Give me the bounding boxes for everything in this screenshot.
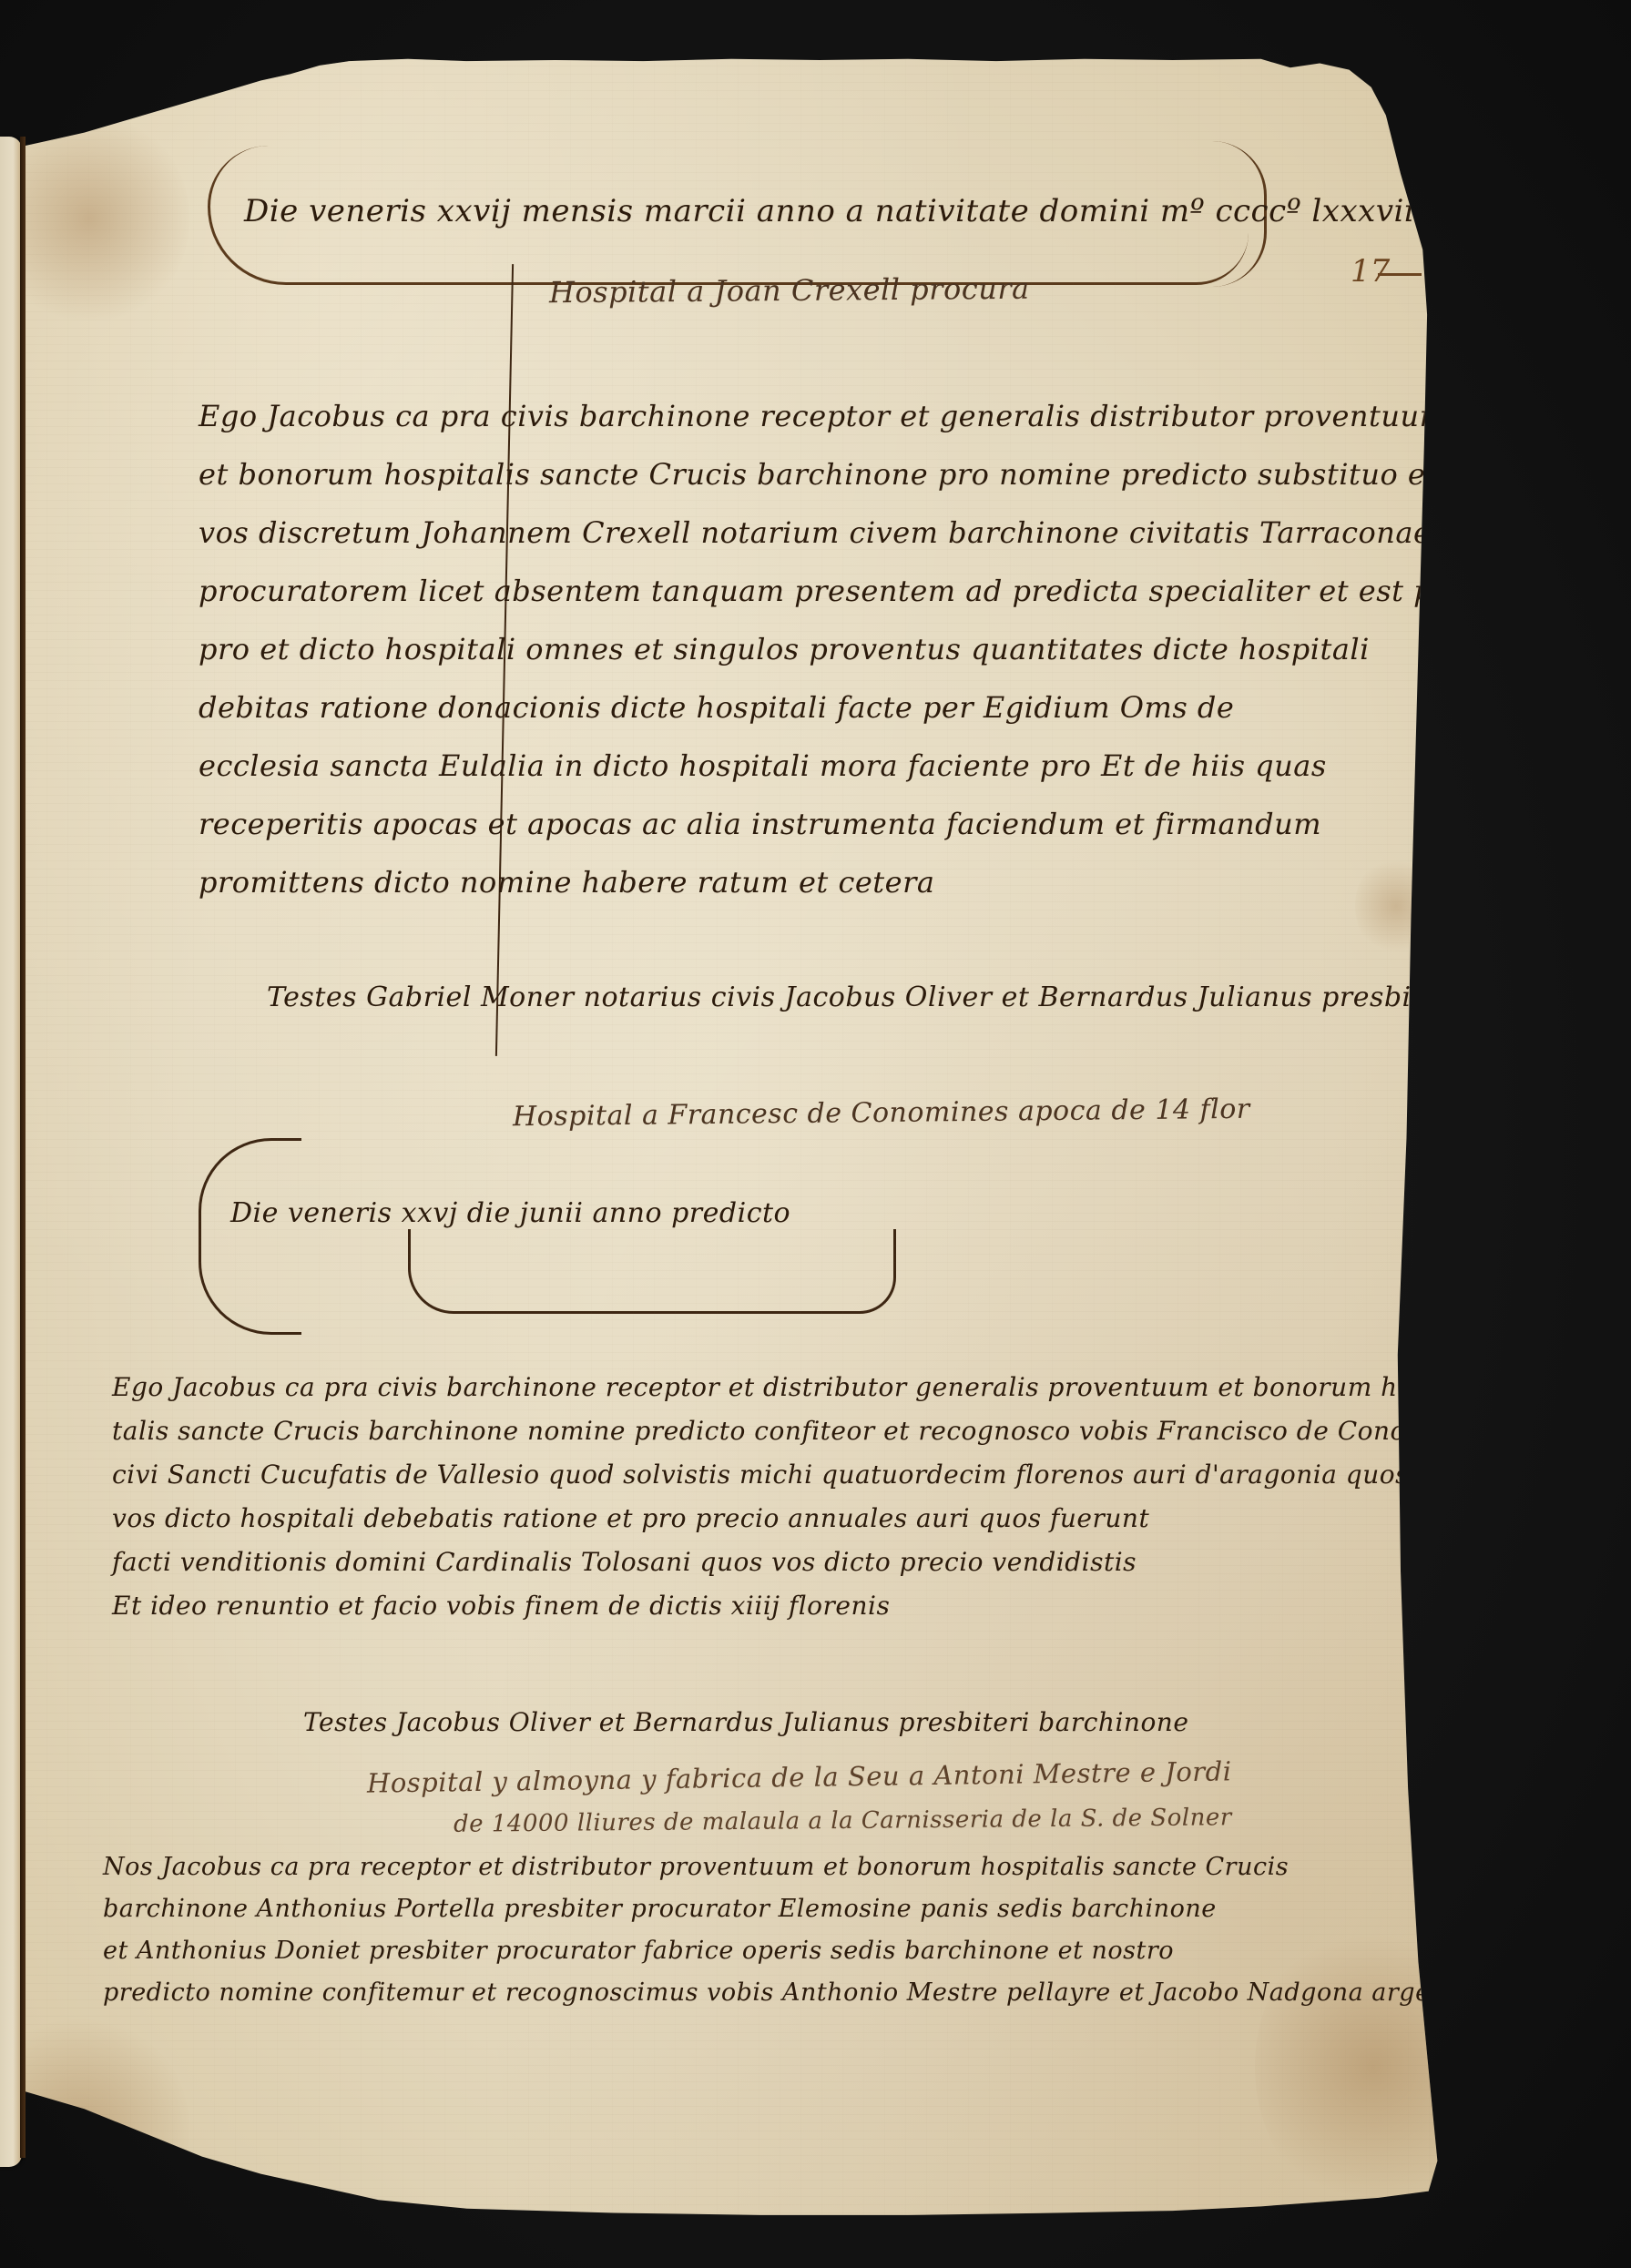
entry-3-line: Nos Jacobus ca pra receptor et distribut… [103,1846,1502,1888]
entry-1-line: Ego Jacobus ca pra civis barchinone rece… [199,387,1631,445]
entry-3-marginal-subtitle: de 14000 lliures de malaula a la Carniss… [454,1804,1232,1837]
entry-1-line: pro et dicto hospitali omnes et singulos… [199,620,1631,678]
manuscript-folio: 17 Die veneris xxvij mensis marcii anno … [25,55,1496,2222]
entry-1-line: vos discretum Johannem Crexell notarium … [199,503,1631,562]
heading-flourish [199,1138,301,1335]
folio-number: 17 [1351,253,1390,290]
entry-2-line: Et ideo renuntio et facio vobis finem de… [112,1584,1485,1628]
previous-page-edge [0,137,22,2167]
entry-2-date-heading: Die veneris xxvj die junii anno predicto [230,1197,790,1229]
entry-1-line: procuratorem licet absentem tanquam pres… [199,562,1631,620]
entry-3-line: predicto nomine confitemur et recognosci… [103,1972,1502,2014]
entry-3-marginal-title: Hospital y almoyna y fabrica de la Seu a… [367,1755,1232,1798]
entry-1-witnesses: Testes Gabriel Moner notarius civis Jaco… [267,981,1631,1013]
entry-1-marginal-title: Hospital a Joan Crexell procura [549,271,1030,310]
entry-1-date-heading: Die veneris xxvij mensis marcii anno a n… [244,193,1435,229]
entry-1-line: et bonorum hospitalis sancte Crucis barc… [199,445,1631,503]
entry-1-line: debitas ratione donacionis dicte hospita… [199,678,1631,737]
heading-underline-flourish [408,1229,896,1314]
entry-3-body: Nos Jacobus ca pra receptor et distribut… [103,1846,1502,2014]
entry-1-line: ecclesia sancta Eulalia in dicto hospita… [199,737,1631,795]
entry-1-line: promittens dicto nomine habere ratum et … [199,853,1631,911]
edge-stain [0,2012,189,2249]
document-viewer: 17 Die veneris xxvij mensis marcii anno … [0,0,1631,2268]
book-gutter [20,137,25,2158]
entry-3-line: barchinone Anthonius Portella presbiter … [103,1888,1502,1930]
entry-2-line: talis sancte Crucis barchinone nomine pr… [112,1409,1485,1453]
entry-2-line: facti venditionis domini Cardinalis Tolo… [112,1541,1485,1584]
entry-1-body: Ego Jacobus ca pra civis barchinone rece… [199,387,1631,911]
worm-hole [1423,1593,1447,1619]
edge-stain [0,109,189,328]
entry-1-line: receperitis apocas et apocas ac alia ins… [199,795,1631,853]
entry-2-line: Ego Jacobus ca pra civis barchinone rece… [112,1366,1485,1409]
entry-2-line: civi Sancti Cucufatis de Vallesio quod s… [112,1453,1485,1497]
entry-2-witnesses: Testes Jacobus Oliver et Bernardus Julia… [303,1707,1188,1737]
entry-3-line: et Anthonius Doniet presbiter procurator… [103,1930,1502,1972]
entry-2-body: Ego Jacobus ca pra civis barchinone rece… [112,1366,1485,1628]
entry-2-marginal-title: Hospital a Francesc de Conomines apoca d… [513,1093,1250,1133]
entry-2-line: vos dicto hospitali debebatis ratione et… [112,1497,1485,1541]
